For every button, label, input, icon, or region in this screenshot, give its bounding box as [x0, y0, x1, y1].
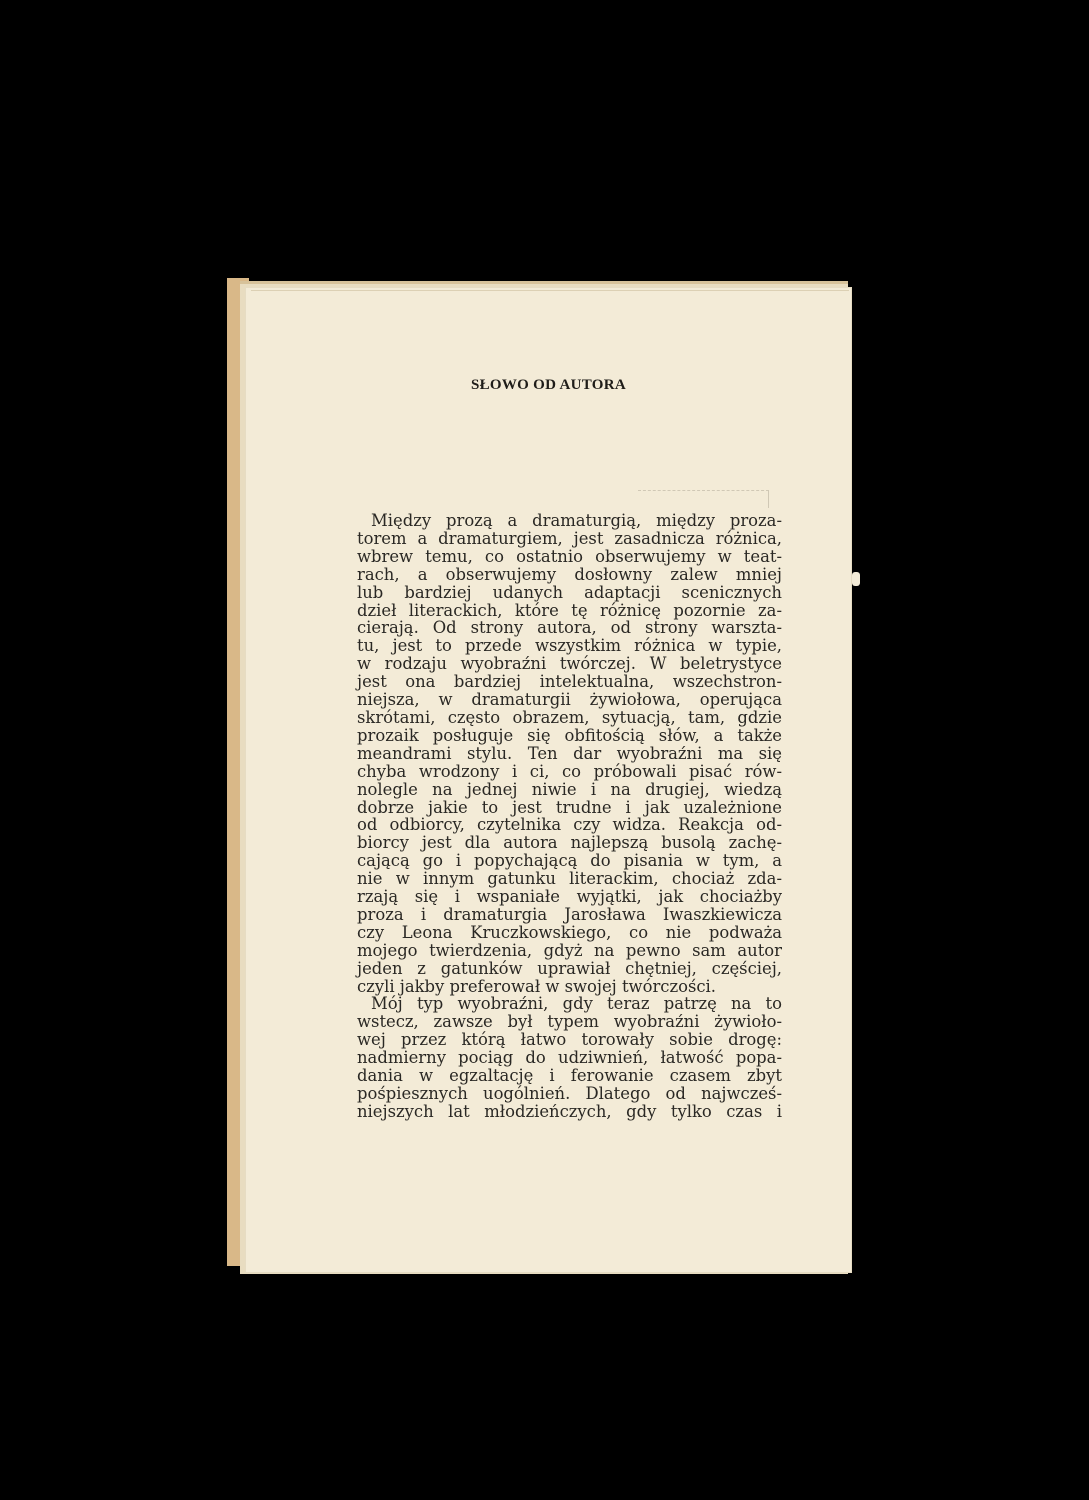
- text-line: od odbiorcy, czytelnika czy widza. Reakc…: [357, 816, 782, 834]
- text-line: rach, a obserwujemy dosłowny zalew mniej: [357, 566, 782, 584]
- text-line: dania w egzaltację i ferowanie czasem zb…: [357, 1067, 782, 1085]
- text-line: lub bardziej udanych adaptacji sceniczny…: [357, 584, 782, 602]
- text-line: nadmierny pociąg do udziwnień, łatwość p…: [357, 1049, 782, 1067]
- paragraph-2: Mój typ wyobraźni, gdy teraz patrzę na t…: [357, 995, 782, 1120]
- text-line: cierają. Od strony autora, od strony war…: [357, 619, 782, 637]
- text-line: meandrami stylu. Ten dar wyobraźni ma si…: [357, 745, 782, 763]
- faded-stamp-mark: [638, 490, 769, 508]
- text-line: wej przez którą łatwo torowały sobie dro…: [357, 1031, 782, 1049]
- text-line: wbrew temu, co ostatnio obserwujemy w te…: [357, 548, 782, 566]
- text-line: czyli jakby preferował w swojej twórczoś…: [357, 978, 782, 996]
- text-line: czy Leona Kruczkowskiego, co nie podważa: [357, 924, 782, 942]
- text-line: cającą go i popychającą do pisania w tym…: [357, 852, 782, 870]
- text-line: jest ona bardziej intelektualna, wszechs…: [357, 673, 782, 691]
- text-line: niejszych lat młodzieńczych, gdy tylko c…: [357, 1103, 782, 1121]
- page-top-edge-line: [251, 290, 849, 291]
- text-line: dobrze jakie to jest trudne i jak uzależ…: [357, 799, 782, 817]
- text-line: proza i dramaturgia Jarosława Iwaszkiewi…: [357, 906, 782, 924]
- text-line: niejsza, w dramaturgii żywiołowa, operuj…: [357, 691, 782, 709]
- body-text: Między prozą a dramaturgią, między proza…: [357, 512, 782, 1121]
- text-line: prozaik posługuje się obfitością słów, a…: [357, 727, 782, 745]
- text-line: Mój typ wyobraźni, gdy teraz patrzę na t…: [357, 995, 782, 1013]
- text-line: wstecz, zawsze był typem wyobraźni żywio…: [357, 1013, 782, 1031]
- text-line: dzieł literackich, które tę różnicę pozo…: [357, 602, 782, 620]
- text-line: nolegle na jednej niwie i na drugiej, wi…: [357, 781, 782, 799]
- text-line: w rodzaju wyobraźni twórczej. W beletrys…: [357, 655, 782, 673]
- text-line: skrótami, często obrazem, sytuacją, tam,…: [357, 709, 782, 727]
- paper-tear: [852, 572, 860, 586]
- text-line: rzają się i wspaniałe wyjątki, jak choci…: [357, 888, 782, 906]
- text-line: torem a dramaturgiem, jest zasadnicza ró…: [357, 530, 782, 548]
- text-line: biorcy jest dla autora najlepszą busolą …: [357, 834, 782, 852]
- text-line: mojego twierdzenia, gdyż na pewno sam au…: [357, 942, 782, 960]
- text-line: nie w innym gatunku literackim, chociaż …: [357, 870, 782, 888]
- page-heading: SŁOWO OD AUTORA: [245, 377, 852, 394]
- text-line: jeden z gatunków uprawiał chętniej, częś…: [357, 960, 782, 978]
- paragraph-1: Między prozą a dramaturgią, między proza…: [357, 512, 782, 995]
- text-line: chyba wrodzony i ci, co próbowali pisać …: [357, 763, 782, 781]
- text-line: tu, jest to przede wszystkim różnica w t…: [357, 637, 782, 655]
- text-line: pośpiesznych uogólnień. Dlatego od najwc…: [357, 1085, 782, 1103]
- text-line: Między prozą a dramaturgią, między proza…: [357, 512, 782, 530]
